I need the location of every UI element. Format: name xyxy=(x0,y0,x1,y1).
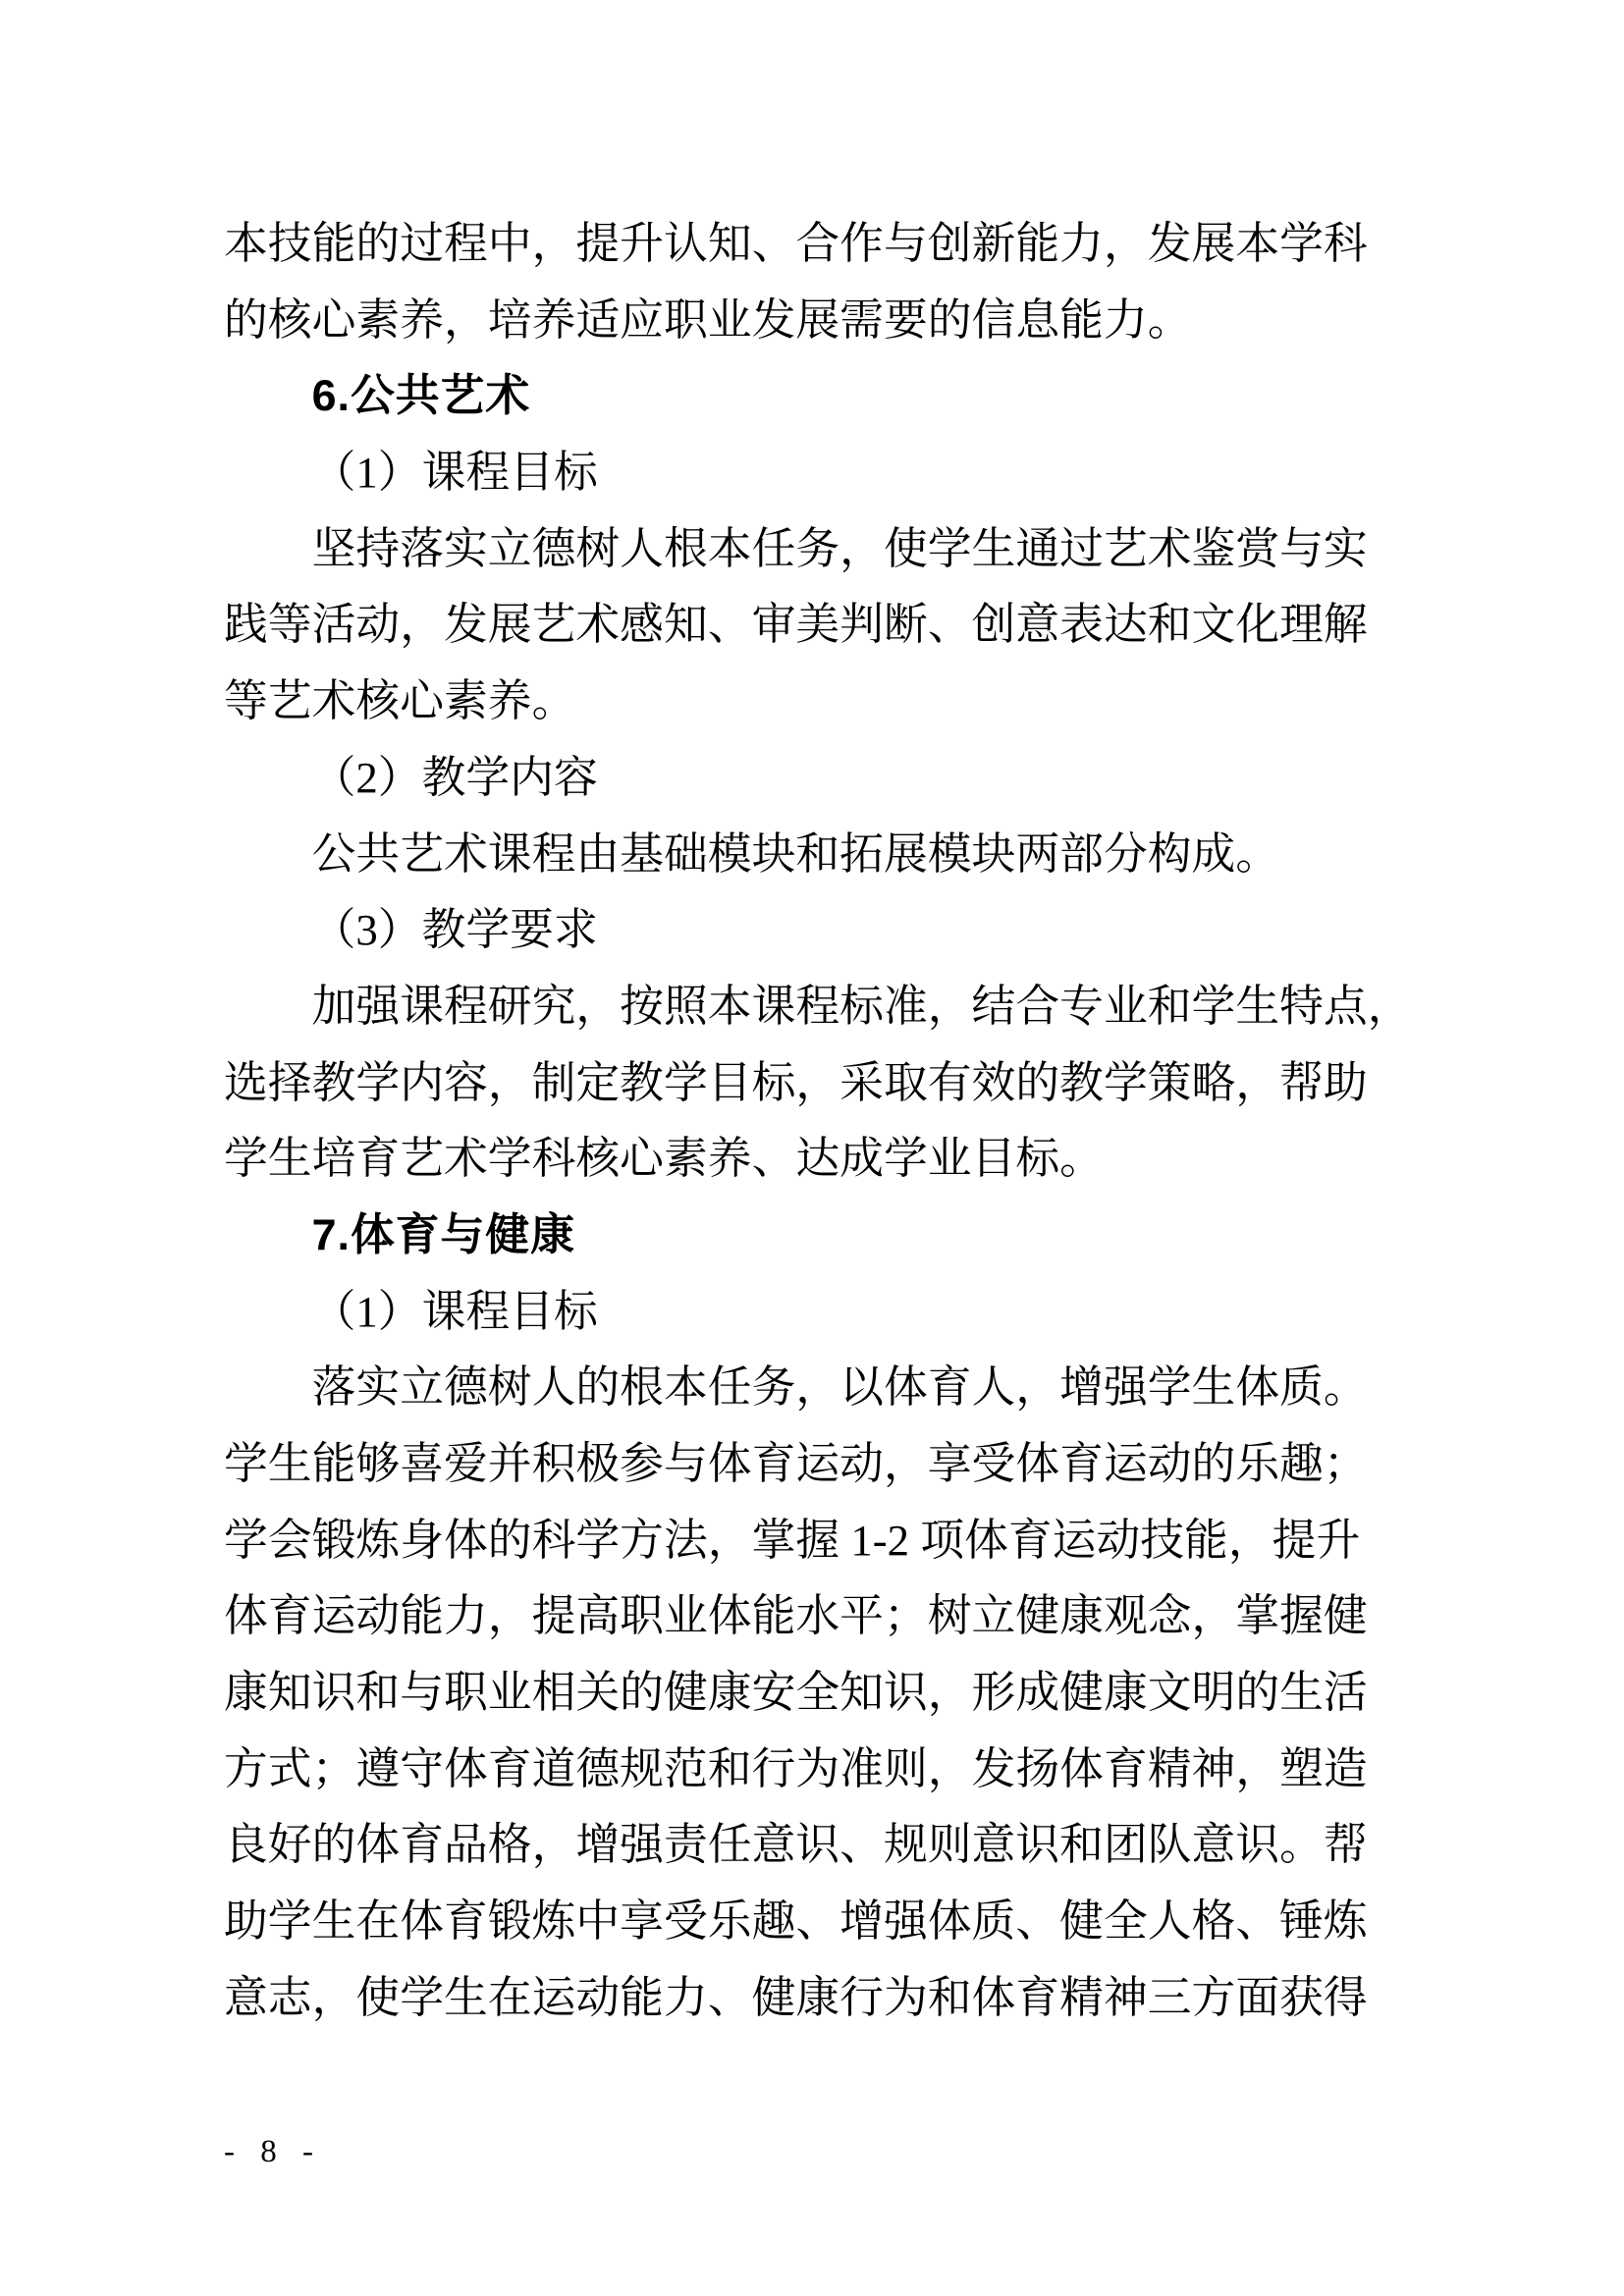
text-line: 公共艺术课程由基础模块和拓展模块两部分构成。 xyxy=(224,817,1378,893)
text-line: 本技能的过程中，提升认知、合作与创新能力，发展本学科 xyxy=(224,206,1378,283)
page-number: - 8 - xyxy=(224,2132,322,2171)
text-line: 方式；遵守体育道德规范和行为准则，发扬体育精神，塑造 xyxy=(224,1732,1378,1808)
text-line: 的核心素养，培养适应职业发展需要的信息能力。 xyxy=(224,283,1378,359)
text-line: 落实立德树人的根本任务，以体育人，增强学生体质。 xyxy=(224,1350,1378,1426)
section-heading: 6.公共艺术 xyxy=(224,358,1378,435)
text-line: 学生能够喜爱并积极参与体育运动，享受体育运动的乐趣； xyxy=(224,1426,1378,1503)
page-body-text: 本技能的过程中，提升认知、合作与创新能力，发展本学科的核心素养，培养适应职业发展… xyxy=(224,206,1378,2037)
text-line: 坚持落实立德树人根本任务，使学生通过艺术鉴赏与实 xyxy=(224,511,1378,588)
text-line: （1）课程目标 xyxy=(224,1274,1378,1351)
text-line: 体育运动能力，提高职业体能水平；树立健康观念，掌握健 xyxy=(224,1578,1378,1655)
text-line: 践等活动，发展艺术感知、审美判断、创意表达和文化理解 xyxy=(224,587,1378,664)
document-page: 本技能的过程中，提升认知、合作与创新能力，发展本学科的核心素养，培养适应职业发展… xyxy=(0,0,1624,2296)
text-line: 康知识和与职业相关的健康安全知识，形成健康文明的生活 xyxy=(224,1655,1378,1732)
text-line: 学生培育艺术学科核心素养、达成学业目标。 xyxy=(224,1121,1378,1198)
text-line: （2）教学内容 xyxy=(224,740,1378,817)
text-line: 意志，使学生在运动能力、健康行为和体育精神三方面获得 xyxy=(224,1960,1378,2037)
text-line: 良好的体育品格，增强责任意识、规则意识和团队意识。帮 xyxy=(224,1807,1378,1884)
text-line: 加强课程研究，按照本课程标准，结合专业和学生特点， xyxy=(224,969,1378,1045)
text-line: （1）课程目标 xyxy=(224,435,1378,511)
text-line: 助学生在体育锻炼中享受乐趣、增强体质、健全人格、锤炼 xyxy=(224,1884,1378,1960)
text-line: （3）教学要求 xyxy=(224,892,1378,969)
text-line: 选择教学内容，制定教学目标，采取有效的教学策略，帮助 xyxy=(224,1045,1378,1122)
text-line: 学会锻炼身体的科学方法，掌握 1-2 项体育运动技能，提升 xyxy=(224,1503,1378,1579)
text-line: 等艺术核心素养。 xyxy=(224,664,1378,740)
section-heading: 7.体育与健康 xyxy=(224,1198,1378,1274)
